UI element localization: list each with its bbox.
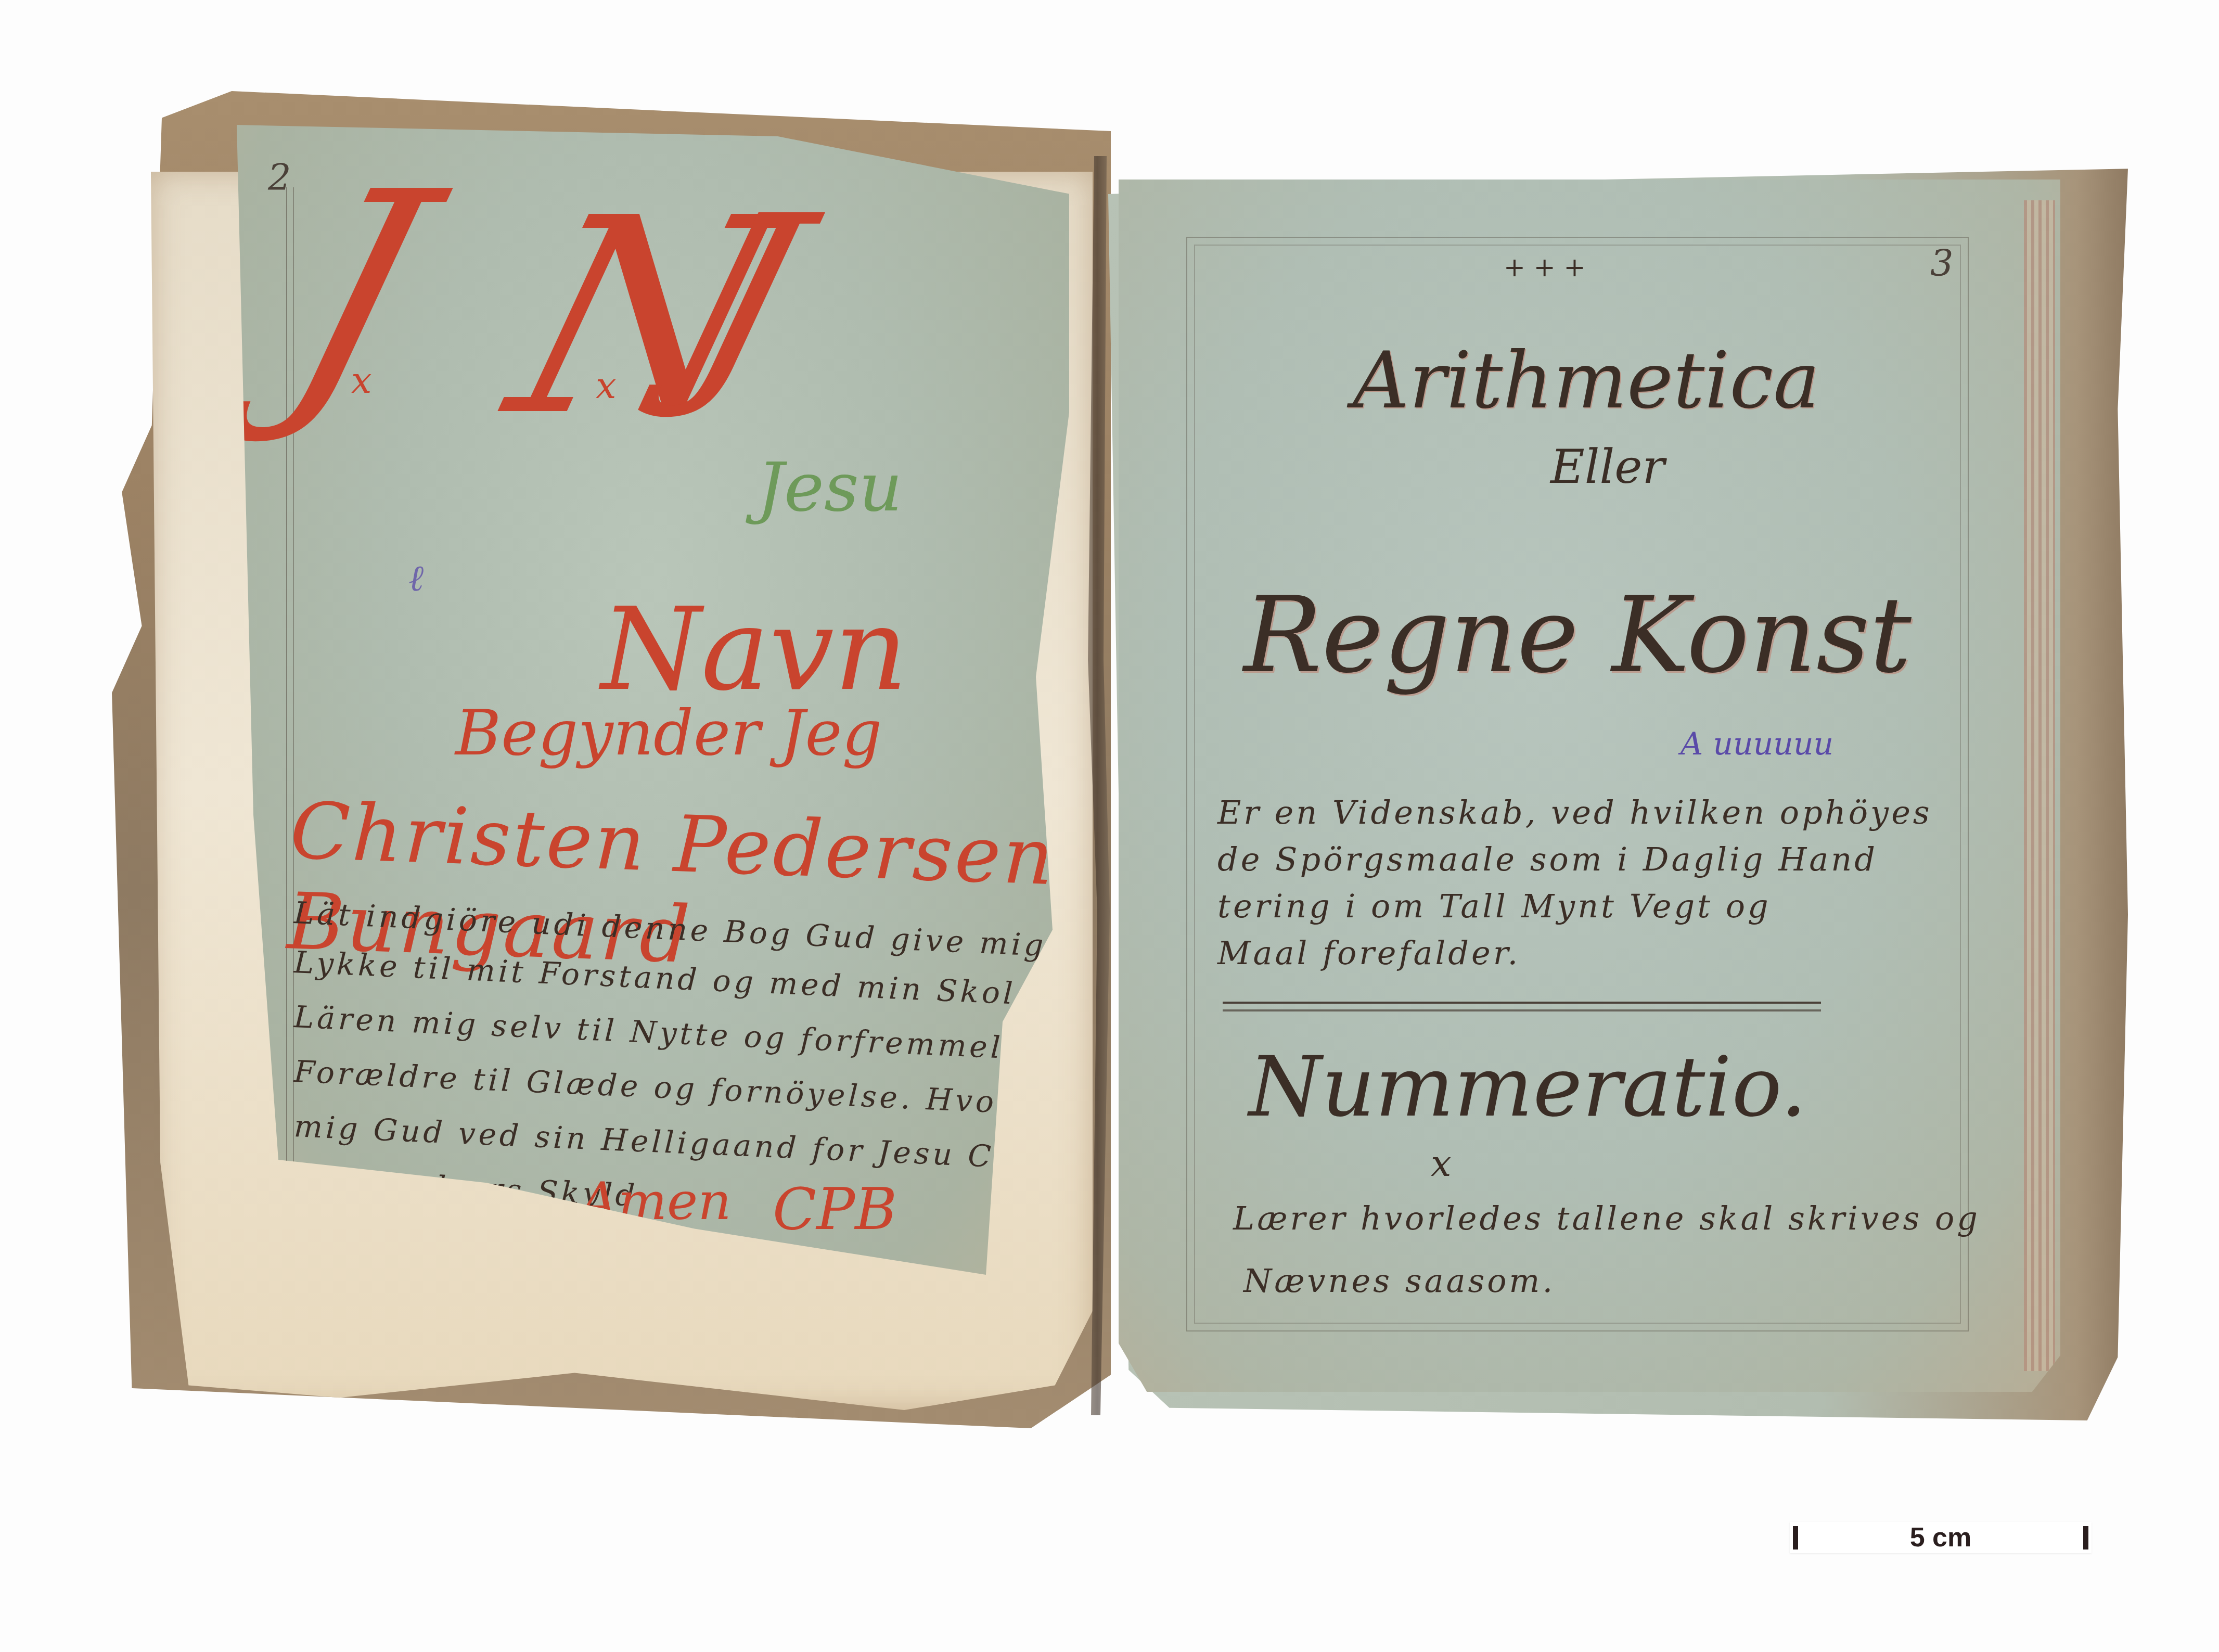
scale-label: 5 cm [1910, 1522, 1972, 1553]
purple-scribble: ℓ [408, 557, 424, 600]
section-heading: Nummeratio. [1249, 1038, 1807, 1135]
page-title: Arithmetica [1353, 336, 1820, 426]
section-mark: x [1431, 1142, 1451, 1185]
purple-scribble: A uuuuuu [1681, 726, 1833, 762]
page-subtitle: Regne Konst [1243, 575, 1912, 696]
definition-line: Er en Videnskab, ved hvilken ophöyes [1217, 793, 1932, 831]
scale-tick [1793, 1526, 1798, 1549]
margin-rule [286, 187, 287, 1228]
section-line: Nævnes saasom. [1243, 1262, 1555, 1300]
red-page-edges [2024, 200, 2055, 1371]
name-word: Navn [601, 583, 908, 716]
decorative-word: Jesu [757, 447, 903, 527]
closing-monogram: CPB [773, 1176, 897, 1243]
begin-line: Begynder Jeg [455, 697, 882, 770]
section-divider [1223, 1009, 1821, 1011]
x-mark: x [351, 359, 371, 402]
left-page: 2 J N J x x Jesu Navn ℓ Begynder Jeg Chr… [237, 125, 1069, 1275]
definition-line: Maal forefalder. [1217, 934, 1520, 972]
section-divider [1223, 1002, 1821, 1004]
page-number: 2 [268, 156, 291, 199]
section-line: Lærer hvorledes tallene skal skrives og [1233, 1199, 1980, 1237]
definition-line: de Spörgsmaale som i Daglig Hand [1217, 840, 1878, 878]
page-number: 3 [1930, 242, 1954, 285]
cross-marks: + + + [1504, 252, 1585, 283]
x-mark: x [596, 364, 616, 407]
title-connector: Eller [1550, 440, 1665, 494]
right-page: 3 + + + Arithmetica Eller Regne Konst A … [1119, 180, 2060, 1392]
scale-bar: 5 cm [1790, 1522, 2092, 1553]
scale-tick [2083, 1526, 2088, 1549]
definition-line: tering i om Tall Mynt Vegt og [1217, 887, 1771, 925]
